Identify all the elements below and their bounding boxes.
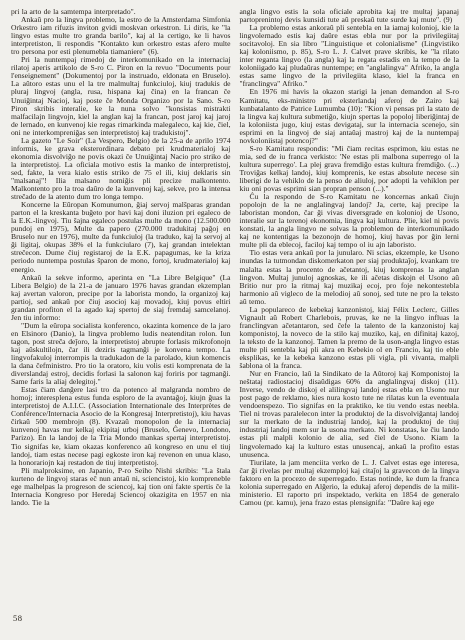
paragraph: Tio estas vera ankaŭ por la junularo. Ni… (240, 249, 460, 305)
paragraph: La populareco de kebekaj kanzonistoj, ki… (240, 306, 460, 370)
right-text-column: angla lingvo estis la sola oficiale apro… (240, 8, 460, 507)
paragraph: angla lingvo estis la sola oficiale apro… (240, 8, 460, 24)
paragraph: Ĉu la respondo de S-ro Kamitatu ne konce… (240, 193, 460, 249)
page-number: 58 (13, 613, 23, 623)
paragraph: Koncerne la Eŭropan Komunumon, ĝiaj serv… (11, 201, 231, 273)
paragraph: Tiurilate, la jam menciita verko de L. J… (240, 459, 460, 507)
paragraph: La gazeto "Le Soir" (La Vespero, Belgio)… (11, 137, 231, 201)
paragraph: "Dum la eŭropa socialista konferenco, ok… (11, 322, 231, 386)
left-text-column: pri la arto de la samtempa interpretado"… (11, 8, 231, 507)
paragraph: Pli malproksime, en Japanio, P-ro Seiho … (11, 467, 231, 507)
paragraph: Pri la nuntempaj rimedoj de interkomunik… (11, 56, 231, 136)
paragraph: Estas ĉiam danĝere lasi tro da potenco a… (11, 386, 231, 466)
paragraph: Ankaŭ pro la lingva problemo, la estro d… (11, 16, 231, 56)
paragraph: S-ro Kamitatu respondis: "Mi ĉiam recita… (240, 145, 460, 193)
paragraph: Ankaŭ la sekve informo, aperinta en "La … (11, 274, 231, 322)
text-columns: pri la arto de la samtempa interpretado"… (0, 0, 465, 507)
book-page: pri la arto de la samtempa interpretado"… (0, 0, 465, 640)
paragraph: Nur en Francio, laŭ la Sindikato de la A… (240, 370, 460, 459)
paragraph: La problemo estas ankoraŭ pli sentebla e… (240, 24, 460, 88)
paragraph: En 1976 mi havis la okazon starigi la je… (240, 88, 460, 144)
